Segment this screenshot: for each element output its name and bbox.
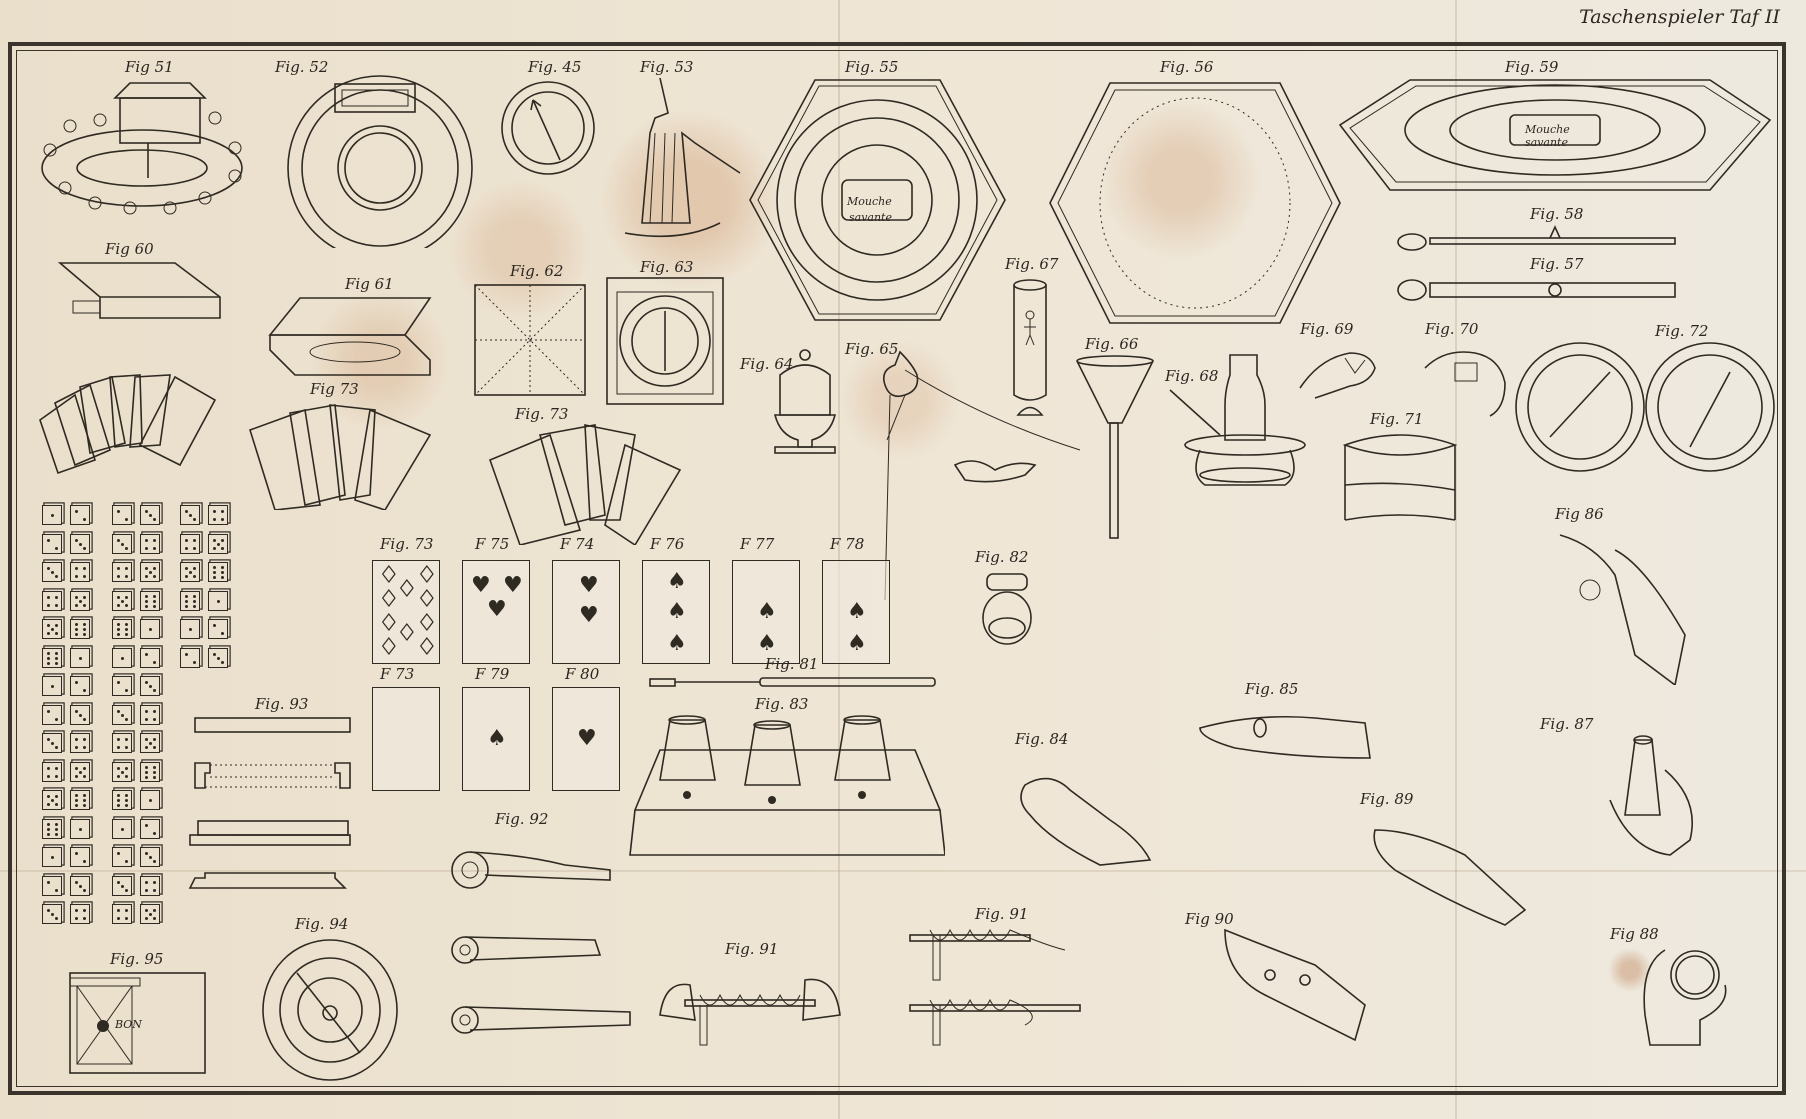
fig-45-clock-dial: Fig. 45 <box>498 58 598 178</box>
fig-label: Fig. 67 <box>1005 255 1058 273</box>
fig-87-hand-holding-cup: Fig. 87 <box>1540 715 1710 865</box>
die <box>42 505 62 525</box>
die <box>208 534 228 554</box>
fig-56-hexagon-board: Fig. 56 <box>1045 58 1345 318</box>
fig-69-hand-holding-object: Fig. 69 <box>1290 320 1380 410</box>
fig-88-hand-with-cup-top: Fig 88 <box>1610 925 1730 1065</box>
card-one-spade: ♠ <box>462 687 530 791</box>
fig-label: Fig. 92 <box>495 810 548 828</box>
die <box>140 847 160 867</box>
die <box>180 562 200 582</box>
card-two-hearts: ♥♥ <box>552 560 620 664</box>
fig-label: Fig. 91 <box>975 905 1028 923</box>
die <box>42 562 62 582</box>
fig-label: Fig. 62 <box>510 262 563 280</box>
die <box>140 904 160 924</box>
die <box>180 505 200 525</box>
die <box>112 534 132 554</box>
fig-73-diamond-card-fan: Fig. 73 <box>485 405 685 545</box>
die <box>112 819 132 839</box>
die <box>42 619 62 639</box>
fig-label: Fig. 89 <box>1360 790 1413 808</box>
fig-58-57-fly-rods: Fig. 58 Fig. 57 <box>1390 205 1690 305</box>
die <box>70 733 90 753</box>
die <box>140 705 160 725</box>
fig-93-box-parts: Fig. 93 <box>180 695 370 900</box>
fig-label: Fig. 66 <box>1085 335 1138 353</box>
fig-label: Fig. 82 <box>975 548 1028 566</box>
die <box>112 562 132 582</box>
die <box>140 819 160 839</box>
fig-94-object-dial: Fig. 94 <box>255 915 405 1085</box>
fig-label: Fig. 85 <box>1245 680 1298 698</box>
card-two-spades-a: ♠♠ <box>732 560 800 664</box>
die <box>70 534 90 554</box>
fig-card-fan-word <box>30 365 220 475</box>
die <box>42 705 62 725</box>
die <box>70 762 90 782</box>
fig-81-wand: Fig. 81 <box>645 655 940 695</box>
die <box>42 847 62 867</box>
fig-51-table-with-figures: Fig 51 <box>30 58 250 218</box>
fig-label: Fig. 94 <box>295 915 348 933</box>
fig-61-oracle-box: Fig 61 <box>265 275 440 385</box>
die <box>140 505 160 525</box>
die <box>180 534 200 554</box>
fig-label: Fig. 83 <box>755 695 808 713</box>
die <box>140 534 160 554</box>
die <box>112 676 132 696</box>
fig-60-box: Fig 60 <box>55 240 230 330</box>
fig-label: Fig 51 <box>125 58 174 76</box>
die <box>42 648 62 668</box>
fig-53-wizard-figure: Fig. 53 <box>600 58 750 238</box>
fig-52-round-board: Fig. 52 <box>270 58 480 238</box>
card-one-heart: ♥ <box>552 687 620 791</box>
fig-73-court-card-fan: Fig 73 <box>245 380 435 510</box>
cards-row-1: Fig. 73 F 75 F 74 F 76 F 77 F 78 ♦♦ ♦ ♦♦… <box>370 535 890 675</box>
cards-row-2: F 73 F 79 F 80 ♠ ♥ <box>370 665 630 795</box>
die <box>208 619 228 639</box>
die <box>70 591 90 611</box>
die <box>42 676 62 696</box>
die <box>42 904 62 924</box>
fig-label: Fig. 68 <box>1165 367 1218 385</box>
fig-91-rope-on-rod: Fig. 91 <box>905 905 1085 1050</box>
die <box>70 505 90 525</box>
fig-83-cups-on-table: Fig. 83 <box>615 695 945 865</box>
die <box>140 733 160 753</box>
fig-label: Fig. 70 <box>1425 320 1478 338</box>
die <box>70 819 90 839</box>
die <box>140 648 160 668</box>
die <box>140 790 160 810</box>
fig-90-hand-with-balls: Fig 90 <box>1185 910 1395 1050</box>
die <box>112 705 132 725</box>
fig-label: Fig. 84 <box>1015 730 1068 748</box>
card-two-spades-b: ♠♠ <box>822 560 890 664</box>
die <box>112 790 132 810</box>
die <box>208 505 228 525</box>
fig-85-hand-with-ring: Fig. 85 <box>1195 680 1385 770</box>
fig-label: Fig. 63 <box>640 258 693 276</box>
die <box>70 904 90 924</box>
die <box>208 562 228 582</box>
fig-label: Fig. 65 <box>845 340 898 358</box>
die <box>42 591 62 611</box>
fig-59-mouche-savante-board: Fig. 59 Mouche savante <box>1330 58 1780 208</box>
fig-64-urn: Fig. 64 <box>740 335 850 465</box>
die <box>70 676 90 696</box>
die <box>112 505 132 525</box>
die <box>70 876 90 896</box>
fig-label: Fig. 91 <box>725 940 778 958</box>
card-three-spades: ♠♠♠ <box>642 560 710 664</box>
die <box>140 762 160 782</box>
plate-title: Taschenspieler Taf II <box>1579 6 1780 28</box>
fig-89-flat-hand: Fig. 89 <box>1355 790 1555 930</box>
fig-84-hand-pinch: Fig. 84 <box>1010 730 1160 870</box>
fig-label: Fig. 69 <box>1300 320 1353 338</box>
die <box>42 733 62 753</box>
die <box>112 648 132 668</box>
card-ten-diamonds: ♦♦ ♦ ♦♦ ♦♦ ♦ ♦♦ <box>372 560 440 664</box>
die <box>70 847 90 867</box>
fig-86-hand-palming: Fig 86 <box>1555 505 1695 685</box>
die <box>112 619 132 639</box>
die <box>70 619 90 639</box>
card-three-hearts: ♥♥ ♥ <box>462 560 530 664</box>
die <box>180 648 200 668</box>
die <box>112 591 132 611</box>
die <box>140 562 160 582</box>
die <box>112 847 132 867</box>
die <box>42 876 62 896</box>
die <box>180 591 200 611</box>
die <box>140 591 160 611</box>
die <box>70 562 90 582</box>
fig-label: Fig. 64 <box>740 355 793 373</box>
die <box>70 705 90 725</box>
fig-62-numbered-square: Fig. 62 <box>470 262 590 402</box>
fig-71-cylinder-box: Fig. 71 <box>1325 410 1475 535</box>
die <box>42 790 62 810</box>
fig-label: Fig. 93 <box>255 695 308 713</box>
die <box>42 534 62 554</box>
fig-63-oracle-medallion: Fig. 63 <box>605 258 725 408</box>
die <box>140 876 160 896</box>
card-court-figure <box>372 687 440 791</box>
fig-92-rolled-ribbons: Fig. 92 <box>445 810 645 1045</box>
die <box>112 904 132 924</box>
fig-82-ring: Fig. 82 <box>975 548 1045 658</box>
fig-95-frame-diagram: Fig. 95 BON <box>55 950 215 1085</box>
fig-label: Fig. 56 <box>1160 58 1213 76</box>
die <box>70 648 90 668</box>
fig-67-tube-with-figure: Fig. 67 <box>1000 255 1060 445</box>
fig-91-hands-rope-on-stick: Fig. 91 <box>655 940 845 1050</box>
fig-70-hand-with-dice: Fig. 70 <box>1420 320 1520 420</box>
fig-72-twin-dials: Fig. 72 <box>1510 322 1780 472</box>
fig-66-funnel: Fig. 66 <box>1070 335 1160 545</box>
fig-label: Fig. 45 <box>528 58 581 76</box>
die <box>70 790 90 810</box>
die <box>112 762 132 782</box>
die <box>208 591 228 611</box>
die <box>42 819 62 839</box>
fig-label: Fig. 57 <box>1530 255 1583 273</box>
fig-label: Fig. 58 <box>1530 205 1583 223</box>
fig-label: Fig 86 <box>1555 505 1604 523</box>
die <box>140 619 160 639</box>
die <box>140 676 160 696</box>
die <box>180 619 200 639</box>
die <box>112 876 132 896</box>
fig-55-card-wheel: Fig. 55 Mouche savante <box>745 58 1010 328</box>
die <box>112 733 132 753</box>
die <box>42 762 62 782</box>
die <box>208 648 228 668</box>
fig-label: Fig. 95 <box>110 950 163 968</box>
